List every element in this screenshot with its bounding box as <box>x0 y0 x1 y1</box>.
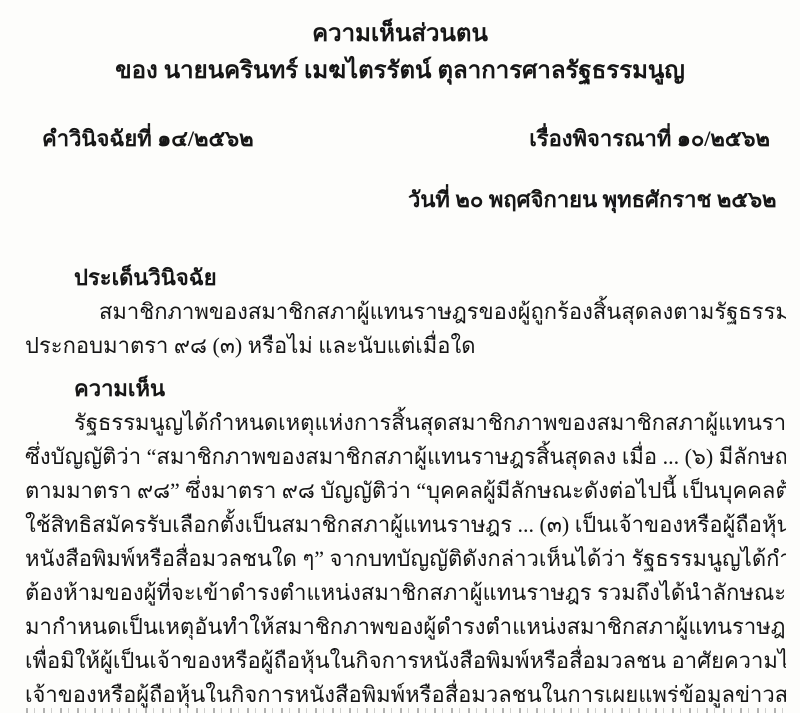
document-page: ความเห็นส่วนตน ของ นายนครินทร์ เมฆไตรรัต… <box>0 0 800 713</box>
opinion-line: ต้องห้ามของผู้ที่จะเข้าดำรงตำแหน่งสมาชิก… <box>25 576 786 610</box>
clipped-next-line <box>26 708 784 713</box>
doc-title: ความเห็นส่วนตน <box>0 16 800 53</box>
opinion-line: เจ้าของหรือผู้ถือหุ้นในกิจการหนังสือพิมพ… <box>25 678 786 712</box>
opinion-line: ใช้สิทธิสมัครรับเลือกตั้งเป็นสมาชิกสภาผู… <box>25 508 786 542</box>
doc-author-line: ของ นายนครินทร์ เมฆไตรรัตน์ ตุลาการศาลรั… <box>0 53 800 90</box>
opinion-heading: ความเห็น <box>74 372 786 406</box>
opinion-line: เพื่อมิให้ผู้เป็นเจ้าของหรือผู้ถือหุ้นใน… <box>25 644 786 678</box>
date-line: วันที่ ๒๐ พฤศจิกายน พุทธศักราช ๒๕๖๒ <box>408 183 800 217</box>
document-body: ประเด็นวินิจฉัย สมาชิกภาพของสมาชิกสภาผู้… <box>25 261 786 712</box>
opinion-line: หนังสือพิมพ์หรือสื่อมวลชนใด ๆ” จากบทบัญญ… <box>25 542 786 576</box>
issue-line: สมาชิกภาพของสมาชิกสภาผู้แทนราษฎรของผู้ถู… <box>25 295 786 329</box>
decision-number: คำวินิจฉัยที่ ๑๔/๒๕๖๒ <box>42 122 254 156</box>
case-number: เรื่องพิจารณาที่ ๑๐/๒๕๖๒ <box>529 122 770 156</box>
header-row: คำวินิจฉัยที่ ๑๔/๒๕๖๒ เรื่องพิจารณาที่ ๑… <box>42 122 770 156</box>
issue-line: ประกอบมาตรา ๙๘ (๓) หรือไม่ และนับแต่เมื่… <box>25 329 786 363</box>
opinion-line: รัฐธรรมนูญได้กำหนดเหตุแห่งการสิ้นสุดสมาช… <box>25 406 786 440</box>
issue-heading: ประเด็นวินิจฉัย <box>74 261 786 295</box>
opinion-line: ตามมาตรา ๙๘” ซึ่งมาตรา ๙๘ บัญญัติว่า “บุ… <box>25 474 786 508</box>
opinion-line: ซึ่งบัญญัติว่า “สมาชิกภาพของสมาชิกสภาผู้… <box>25 440 786 474</box>
opinion-line: มากำหนดเป็นเหตุอันทำให้สมาชิกภาพของผู้ดำ… <box>25 610 786 644</box>
